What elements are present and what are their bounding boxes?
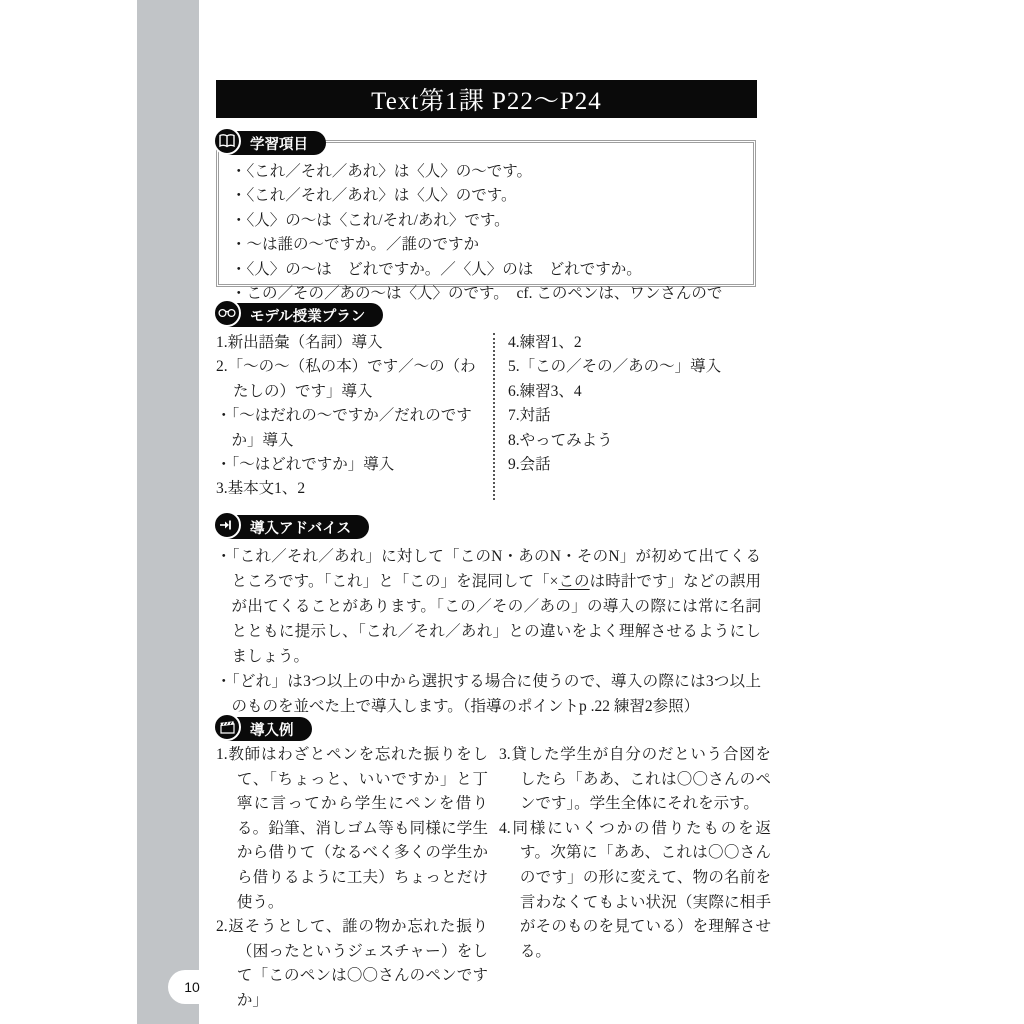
examples-right-column: 3.貸した学生が自分のだという合図をしたら「ああ、これは〇〇さんのペンです」。学… (499, 743, 771, 1014)
list-item: ・〜は誰の〜ですか。／誰のですか (231, 233, 743, 257)
plan-step: 7.対話 (508, 404, 761, 428)
plan-step: 5.「この／その／あの〜」導入 (508, 355, 761, 379)
intro-advice-body: ・「これ／それ／あれ」に対して「このN・あのN・そのN」が初めて出てくるところで… (216, 544, 761, 719)
lesson-title: Text第1課 P22〜P24 (371, 81, 602, 117)
lesson-title-bar: Text第1課 P22〜P24 (216, 80, 757, 118)
glasses-icon (213, 299, 241, 327)
model-plan-left-column: 1.新出語彙（名詞）導入 2.「〜の〜（私の本）です／〜の（わたしの）です」導入… (216, 331, 493, 502)
example-item: 4.同様にいくつかの借りたものを返す。次第に「ああ、これは〇〇さんのです」の形に… (499, 817, 771, 965)
plan-substep: ・「〜はだれの〜ですか／だれのですか」導入 (216, 404, 487, 453)
example-item: 2.返そうとして、誰の物か忘れた振り（困ったというジェスチャー）をして「このペン… (216, 915, 488, 1013)
examples-left-column: 1.教師はわざとペンを忘れた振りをして、「ちょっと、いいですか」と丁寧に言ってか… (216, 743, 488, 1014)
plan-step: 2.「〜の〜（私の本）です／〜の（わたしの）です」導入 (216, 355, 487, 404)
section-header-learning-items: 学習項目 (218, 131, 326, 155)
plan-step: 8.やってみよう (508, 429, 761, 453)
list-item: ・〈これ／それ／あれ〉は〈人〉のです。 (231, 184, 743, 208)
clapperboard-icon (213, 713, 241, 741)
plan-step: 3.基本文1、2 (216, 477, 487, 501)
binding-strip (137, 0, 199, 1024)
section-title: モデル授業プラン (250, 305, 365, 326)
list-item: ・〈これ／それ／あれ〉は〈人〉の〜です。 (231, 160, 743, 184)
textbook-page: { "colors": { "strip_gray": "#c1c4c7", "… (0, 0, 1024, 1024)
section-header-intro-examples: 導入例 (218, 717, 312, 741)
plan-step: 1.新出語彙（名詞）導入 (216, 331, 487, 355)
page-number-notch: 10 (168, 970, 216, 1004)
plug-arrow-icon (213, 511, 241, 539)
page-number: 10 (184, 979, 200, 995)
section-title: 導入例 (250, 719, 294, 740)
book-icon (213, 127, 241, 155)
section-header-model-plan: モデル授業プラン (218, 303, 383, 327)
list-item: ・〈人〉の〜は〈これ/それ/あれ〉です。 (231, 209, 743, 233)
advice-item: ・「これ／それ／あれ」に対して「このN・あのN・そのN」が初めて出てくるところで… (216, 544, 761, 669)
plan-substep: ・「〜はどれですか」導入 (216, 453, 487, 477)
underlined-term: この (558, 573, 589, 590)
intro-examples-columns: 1.教師はわざとペンを忘れた振りをして、「ちょっと、いいですか」と丁寧に言ってか… (216, 743, 778, 1014)
section-title: 導入アドバイス (250, 517, 351, 538)
list-item: ・〈人〉の〜は どれですか。／〈人〉のは どれですか。 (231, 258, 743, 282)
section-title: 学習項目 (250, 133, 308, 154)
plan-step: 9.会話 (508, 453, 761, 477)
example-item: 3.貸した学生が自分のだという合図をしたら「ああ、これは〇〇さんのペンです」。学… (499, 743, 771, 817)
model-plan-right-column: 4.練習1、2 5.「この／その／あの〜」導入 6.練習3、4 7.対話 8.や… (495, 331, 761, 502)
advice-item: ・「どれ」は3つ以上の中から選択する場合に使うので、導入の際には3つ以上のものを… (216, 669, 761, 719)
plan-step: 6.練習3、4 (508, 380, 761, 404)
example-item: 1.教師はわざとペンを忘れた振りをして、「ちょっと、いいですか」と丁寧に言ってか… (216, 743, 488, 915)
section-header-intro-advice: 導入アドバイス (218, 515, 369, 539)
learning-items-box: ・〈これ／それ／あれ〉は〈人〉の〜です。 ・〈これ／それ／あれ〉は〈人〉のです。… (216, 140, 756, 287)
model-plan-columns: 1.新出語彙（名詞）導入 2.「〜の〜（私の本）です／〜の（わたしの）です」導入… (216, 331, 761, 502)
plan-step: 4.練習1、2 (508, 331, 761, 355)
